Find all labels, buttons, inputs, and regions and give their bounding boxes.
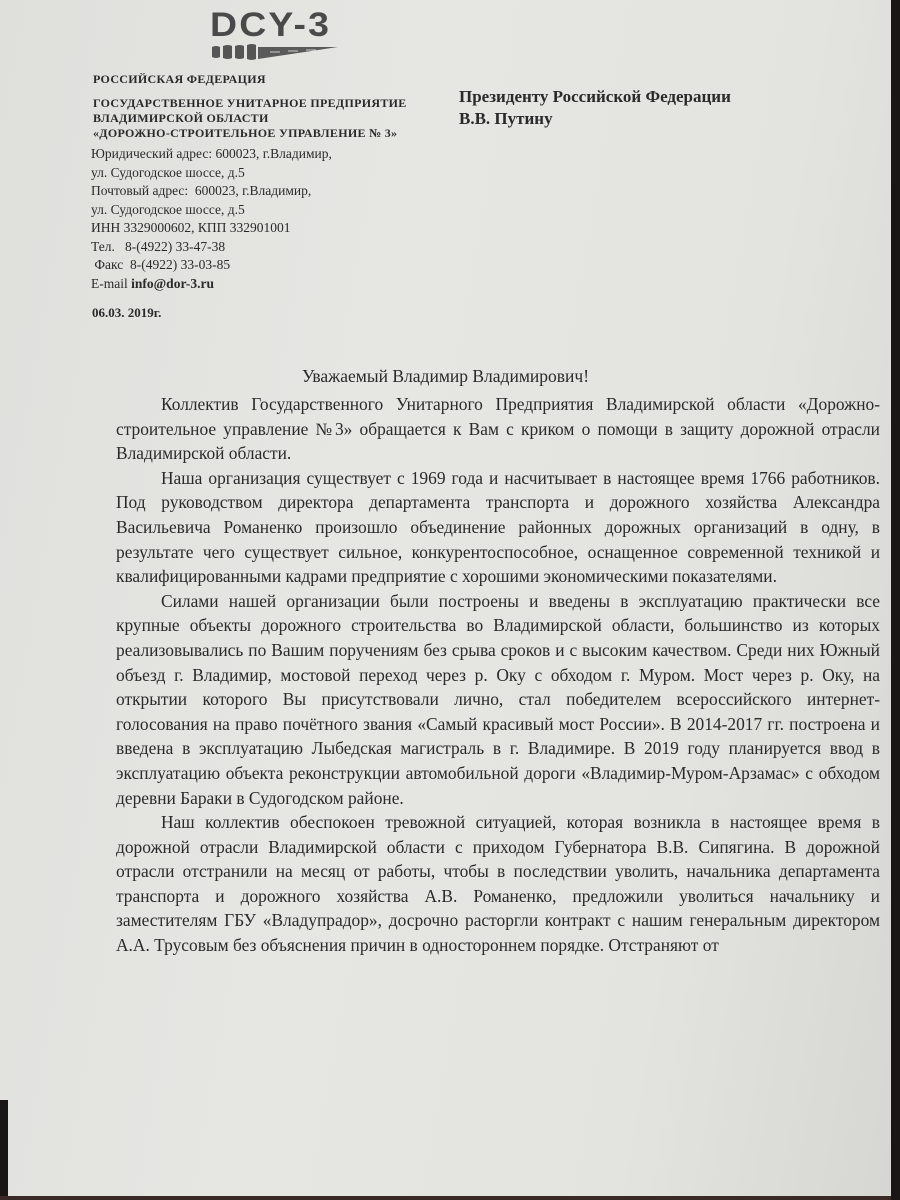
inn-kpp: ИНН 3329000602, КПП 332901001 bbox=[91, 219, 332, 238]
email-label: E-mail bbox=[91, 276, 131, 291]
sender-contacts: Юридический адрес: 600023, г.Владимир, у… bbox=[91, 145, 332, 293]
postal-address-line-1: Почтовый адрес: 600023, г.Владимир, bbox=[91, 182, 332, 201]
road-perspective-icon bbox=[210, 44, 340, 60]
country-name: РОССИЙСКАЯ ФЕДЕРАЦИЯ bbox=[93, 72, 407, 87]
page-bottom-edge bbox=[0, 1196, 891, 1200]
letter-body: Коллектив Государственного Унитарного Пр… bbox=[116, 392, 880, 958]
recipient-title: Президенту Российской Федерации bbox=[459, 86, 731, 108]
phone: Тел. 8-(4922) 33-47-38 bbox=[91, 238, 332, 257]
paragraph: Силами нашей организации были построены … bbox=[116, 589, 880, 810]
paragraph: Наша организация существует с 1969 года … bbox=[116, 466, 880, 589]
legal-address-line-1: Юридический адрес: 600023, г.Владимир, bbox=[91, 145, 332, 164]
recipient-block: Президенту Российской Федерации В.В. Пут… bbox=[459, 86, 731, 130]
org-name-line-2: ВЛАДИМИРСКОЙ ОБЛАСТИ bbox=[93, 111, 407, 126]
org-name-line-3: «ДОРОЖНО-СТРОИТЕЛЬНОЕ УПРАВЛЕНИЕ № 3» bbox=[93, 126, 407, 141]
paragraph: Наш коллектив обеспокоен тревожной ситуа… bbox=[116, 810, 880, 958]
paragraph: Коллектив Государственного Унитарного Пр… bbox=[116, 392, 880, 466]
salutation: Уважаемый Владимир Владимирович! bbox=[0, 366, 891, 387]
email-address: info@dor-3.ru bbox=[131, 276, 214, 291]
org-name-line-1: ГОСУДАРСТВЕННОЕ УНИТАРНОЕ ПРЕДПРИЯТИЕ bbox=[93, 96, 407, 111]
page-edge-shadow bbox=[0, 1100, 8, 1200]
letter-date: 06.03. 2019г. bbox=[92, 305, 161, 321]
fax: Факс 8-(4922) 33-03-85 bbox=[91, 256, 332, 275]
legal-address-line-2: ул. Судогодское шоссе, д.5 bbox=[91, 164, 332, 183]
sender-org-block: РОССИЙСКАЯ ФЕДЕРАЦИЯ ГОСУДАРСТВЕННОЕ УНИ… bbox=[93, 72, 407, 141]
letter-page: DCY-3 РОССИЙСКАЯ ФЕДЕРАЦИЯ ГОСУДАРСТВЕНН… bbox=[0, 0, 891, 1200]
company-logo: DCY-3 bbox=[210, 6, 360, 62]
postal-address-line-2: ул. Судогодское шоссе, д.5 bbox=[91, 201, 332, 220]
recipient-name: В.В. Путину bbox=[459, 108, 731, 130]
email-line: E-mail info@dor-3.ru bbox=[91, 275, 332, 294]
logo-text: DCY-3 bbox=[210, 6, 331, 45]
